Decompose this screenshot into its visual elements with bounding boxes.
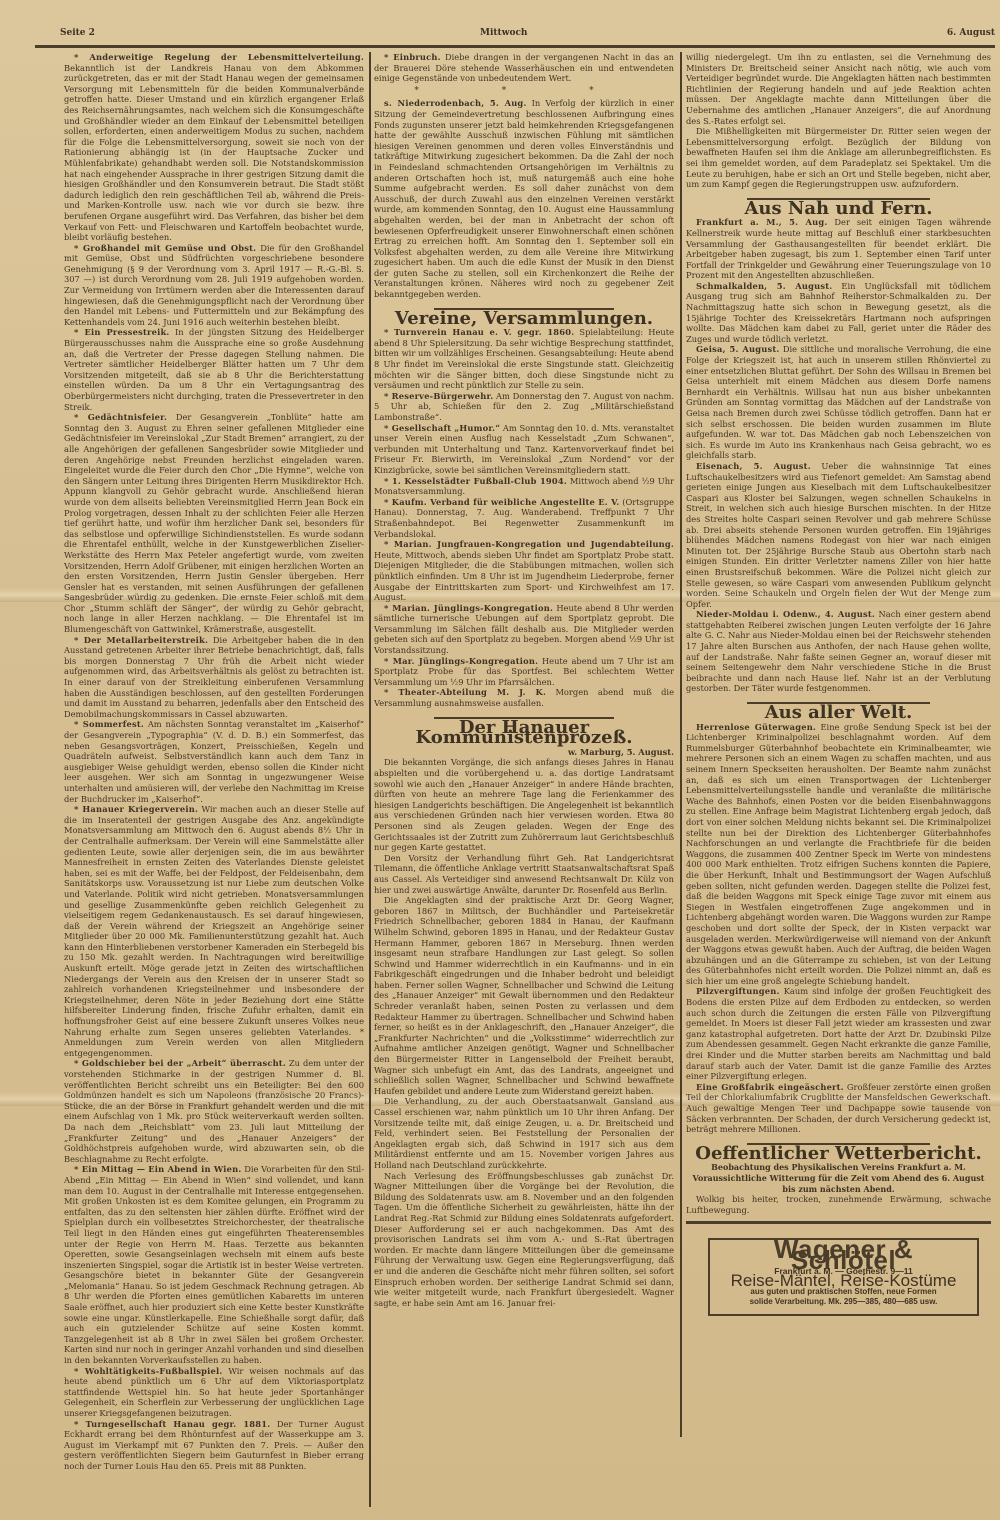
article-einbruch: * Einbruch. Diebe drangen in der vergang… <box>374 52 674 84</box>
issue-date: 6. August <box>947 28 995 38</box>
report-schmalkalden: Schmalkalden, 5. August. Ein Unglücksfal… <box>686 281 991 345</box>
article-lebensmittel: * Anderweitige Regelung der Lebensmittel… <box>64 52 364 243</box>
notice-fussball-club: * 1. Kesselstädter Fußball-Club 1904. Mi… <box>374 476 674 497</box>
column-divider <box>680 52 682 1437</box>
notice-jungfrauen: * Marian. Jungfrauen-Kongregation und Ju… <box>374 539 674 603</box>
notice-theater: * Theater-Abteilung M. J. K. Morgen aben… <box>374 687 674 708</box>
weather-source: Beobachtung des Physikalischen Vereins F… <box>686 1162 991 1173</box>
column-divider <box>369 52 371 1507</box>
notice-buergerwehr: * Reserve-Bürgerwehr. Am Donnerstag den … <box>374 391 674 423</box>
report-nieder-moldau: Nieder-Moldau i. Odenw., 4. August. Nach… <box>686 609 991 694</box>
report-grossfabrik: Eine Großfabrik eingeäschert. Großfeuer … <box>686 1082 991 1135</box>
article-fussballspiel: * Wohltätigkeits-Fußballspiel. Wir weise… <box>64 1366 364 1419</box>
dateline: w. Marburg, 5. August. <box>374 747 674 758</box>
article-goldschieber: * Goldschieber bei der „Arbeit“ überrasc… <box>64 1058 364 1164</box>
ad-prices: solide Verarbeitung. Mk. 295—385, 480—68… <box>718 1297 969 1308</box>
article-wien-abend: * Ein Mittag — Ein Abend in Wien. Die Vo… <box>64 1164 364 1365</box>
report-frankfurt: Frankfurt a. M., 5. Aug. Der seit einige… <box>686 217 991 281</box>
notice-juenglings-2: * Mar. Jünglings-Kongregation. Heute abe… <box>374 656 674 688</box>
report-pilzvergiftungen: Pilzvergiftungen. Kaum sind infolge der … <box>686 986 991 1081</box>
ad-company-name: Wagener & Schlötel <box>718 1244 969 1265</box>
article-grosshandel: * Großhandel mit Gemüse und Obst. Die fü… <box>64 243 364 328</box>
report-geisa: Geisa, 5. August. Die sittliche und mora… <box>686 344 991 461</box>
article-gedaechtnisfeier: * Gedächtnisfeier. Der Gesangverein „Ton… <box>64 412 364 634</box>
report-gueterwagen: Herrenlose Güterwagen. Eine große Sendun… <box>686 722 991 987</box>
prozess-paragraph: Nach Verlesung des Eröffnungsbeschlusses… <box>374 1171 674 1309</box>
header-rule <box>35 45 995 48</box>
column-2: * Einbruch. Diebe drangen in der vergang… <box>374 52 674 1308</box>
report-eisenach: Eisenach, 5. August. Ueber die wahnsinni… <box>686 461 991 609</box>
notice-juenglings: * Marian. Jünglings-Kongregation. Heute … <box>374 603 674 656</box>
asterism-separator: * * * <box>374 86 674 97</box>
notice-kaufm-verband: * Kaufm. Verband für weibliche Angestell… <box>374 497 674 539</box>
article-turngesellschaft: * Turngesellschaft Hanau gegr. 1881. Der… <box>64 1419 364 1472</box>
weather-period: Voraussichtliche Witterung für die Zeit … <box>686 1173 991 1194</box>
section-title-welt: Aus aller Welt. <box>686 708 991 719</box>
article-metallarbeiterstreik: * Der Metallarbeiterstreik. Die Arbeitge… <box>64 635 364 720</box>
notice-humor: * Gesellschaft „Humor.“ Am Sonntag den 1… <box>374 423 674 476</box>
newspaper-page: Seite 2 Mittwoch 6. August * Anderweitig… <box>0 0 1000 1520</box>
page-number: Seite 2 <box>60 28 95 38</box>
section-title-nah-fern: Aus Nah und Fern. <box>686 204 991 215</box>
prozess-paragraph: Den Vorsitz der Verhandlung führt Geh. R… <box>374 853 674 895</box>
weekday: Mittwoch <box>480 28 527 38</box>
article-pressestreik: * Ein Pressestreik. In der jüngsten Sitz… <box>64 327 364 412</box>
section-rule <box>686 1221 991 1224</box>
section-title-prozess: Der Hanauer Kommunistenprozeß. <box>374 723 674 744</box>
prozess-paragraph: Die Angeklagten sind der praktische Arzt… <box>374 895 674 1096</box>
prozess-continuation: willig niedergelegt. Um ihn zu entlasten… <box>686 52 991 126</box>
page-header: Seite 2 Mittwoch 6. August <box>60 28 995 46</box>
column-1: * Anderweitige Regelung der Lebensmittel… <box>64 52 364 1472</box>
advertisement: Wagener & Schlötel Frankfurt a. M. — Goe… <box>708 1238 979 1316</box>
ad-products: Reise-Mäntel, Reise-Kostüme <box>718 1276 969 1287</box>
section-title-vereine: Vereine, Versammlungen. <box>374 314 674 325</box>
column-3: willig niedergelegt. Um ihn zu entlasten… <box>686 52 991 1316</box>
weather-forecast: Wolkig bis heiter, trocken, zunehmende E… <box>686 1194 991 1215</box>
ad-description: aus guten und praktischen Stoffen, neue … <box>718 1287 969 1298</box>
prozess-paragraph: Die bekannten Vorgänge, die sich anfangs… <box>374 757 674 852</box>
section-title-wetter: Oeffentlicher Wetterbericht. <box>686 1149 991 1160</box>
article-niederrodenbach: s. Niederrodenbach, 5. Aug. In Verfolg d… <box>374 98 674 299</box>
prozess-paragraph: Die Verhandlung, zu der auch Oberstaatsa… <box>374 1096 674 1170</box>
notice-turnverein: * Turnverein Hanau e. V. gegr. 1860. Spi… <box>374 327 674 391</box>
article-sommerfest: * Sommerfest. Am nächsten Sonntag verans… <box>64 719 364 804</box>
prozess-continuation: Die Mißhelligkeiten mit Bürgermeister Dr… <box>686 126 991 190</box>
article-kriegerverein: * Hanauer Kriegerverein. Wir machen auch… <box>64 804 364 1058</box>
